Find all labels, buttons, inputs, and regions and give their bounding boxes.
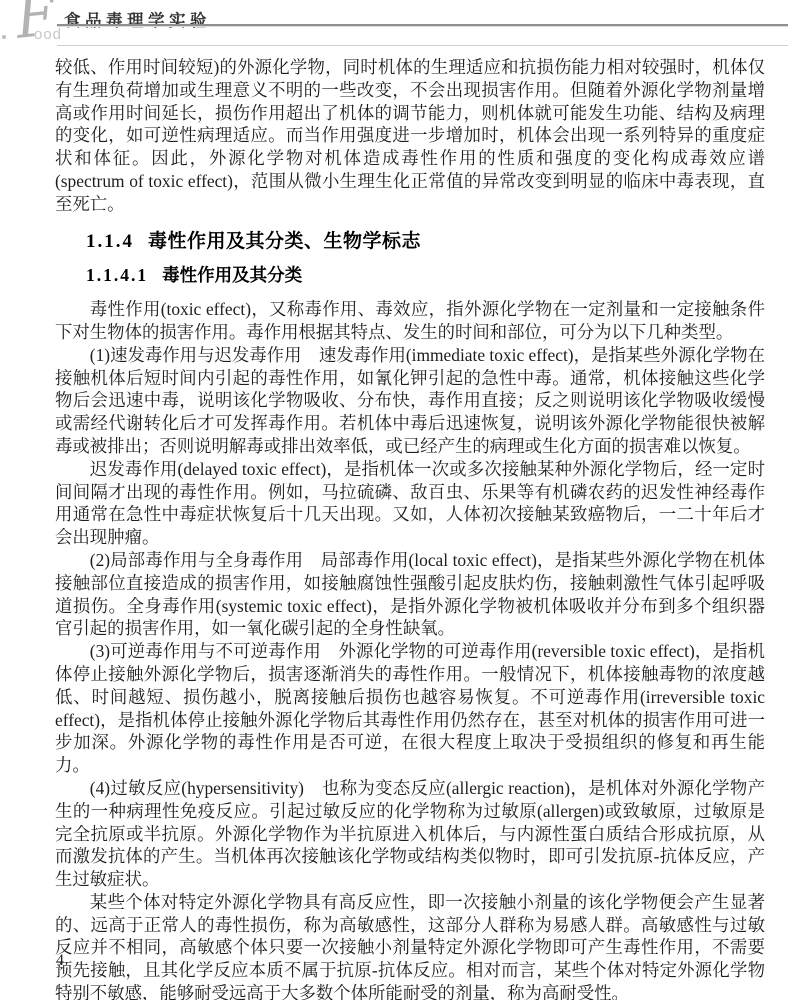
header-rule-dark <box>57 24 788 27</box>
page-body: 较低、作用时间较短)的外源化学物，同时机体的生理适应和抗损伤能力相对较强时，机体… <box>55 56 765 1000</box>
book-page: F ood 食品毒理学实验 较低、作用时间较短)的外源化学物，同时机体的生理适应… <box>0 0 800 1000</box>
subsection-title: 毒性作用及其分类 <box>162 265 302 285</box>
paragraph-high-sensitivity-tolerance: 某些个体对特定外源化学物具有高反应性，即一次接触小剂量的该化学物便会产生显著的、… <box>55 891 765 1000</box>
section-heading-1-1-4: 1.1.4毒性作用及其分类、生物学标志 <box>55 231 765 254</box>
section-number: 1.1.4 <box>86 231 134 252</box>
paragraph-hypersensitivity: (4)过敏反应(hypersensitivity) 也称为变态反应(allerg… <box>55 777 765 891</box>
logo-ood-text: ood <box>34 26 62 43</box>
section-heading-1-1-4-1: 1.1.4.1毒性作用及其分类 <box>55 264 765 287</box>
paragraph-immediate-toxic-effect: (1)速发毒作用与迟发毒作用 速发毒作用(immediate toxic eff… <box>55 344 765 458</box>
paragraph-toxic-effect-definition: 毒性作用(toxic effect)，又称毒作用、毒效应，指外源化学物在一定剂量… <box>55 298 765 344</box>
subsection-number: 1.1.4.1 <box>86 265 148 285</box>
page-number: 4 <box>56 952 64 970</box>
paragraph-delayed-toxic-effect: 迟发毒作用(delayed toxic effect)，是指机体一次或多次接触某… <box>55 458 765 549</box>
section-title: 毒性作用及其分类、生物学标志 <box>148 231 421 252</box>
running-head-book-title: 食品毒理学实验 <box>64 7 211 31</box>
paragraph-reversible-irreversible-toxic-effect: (3)可逆毒作用与不可逆毒作用 外源化学物的可逆毒作用(reversible t… <box>55 640 765 777</box>
header-rule-light <box>57 45 788 46</box>
paragraph-local-systemic-toxic-effect: (2)局部毒作用与全身毒作用 局部毒作用(local toxic effect)… <box>55 549 765 640</box>
paragraph-continuation: 较低、作用时间较短)的外源化学物，同时机体的生理适应和抗损伤能力相对较强时，机体… <box>55 56 765 216</box>
logo-flourish-dot <box>2 35 6 39</box>
